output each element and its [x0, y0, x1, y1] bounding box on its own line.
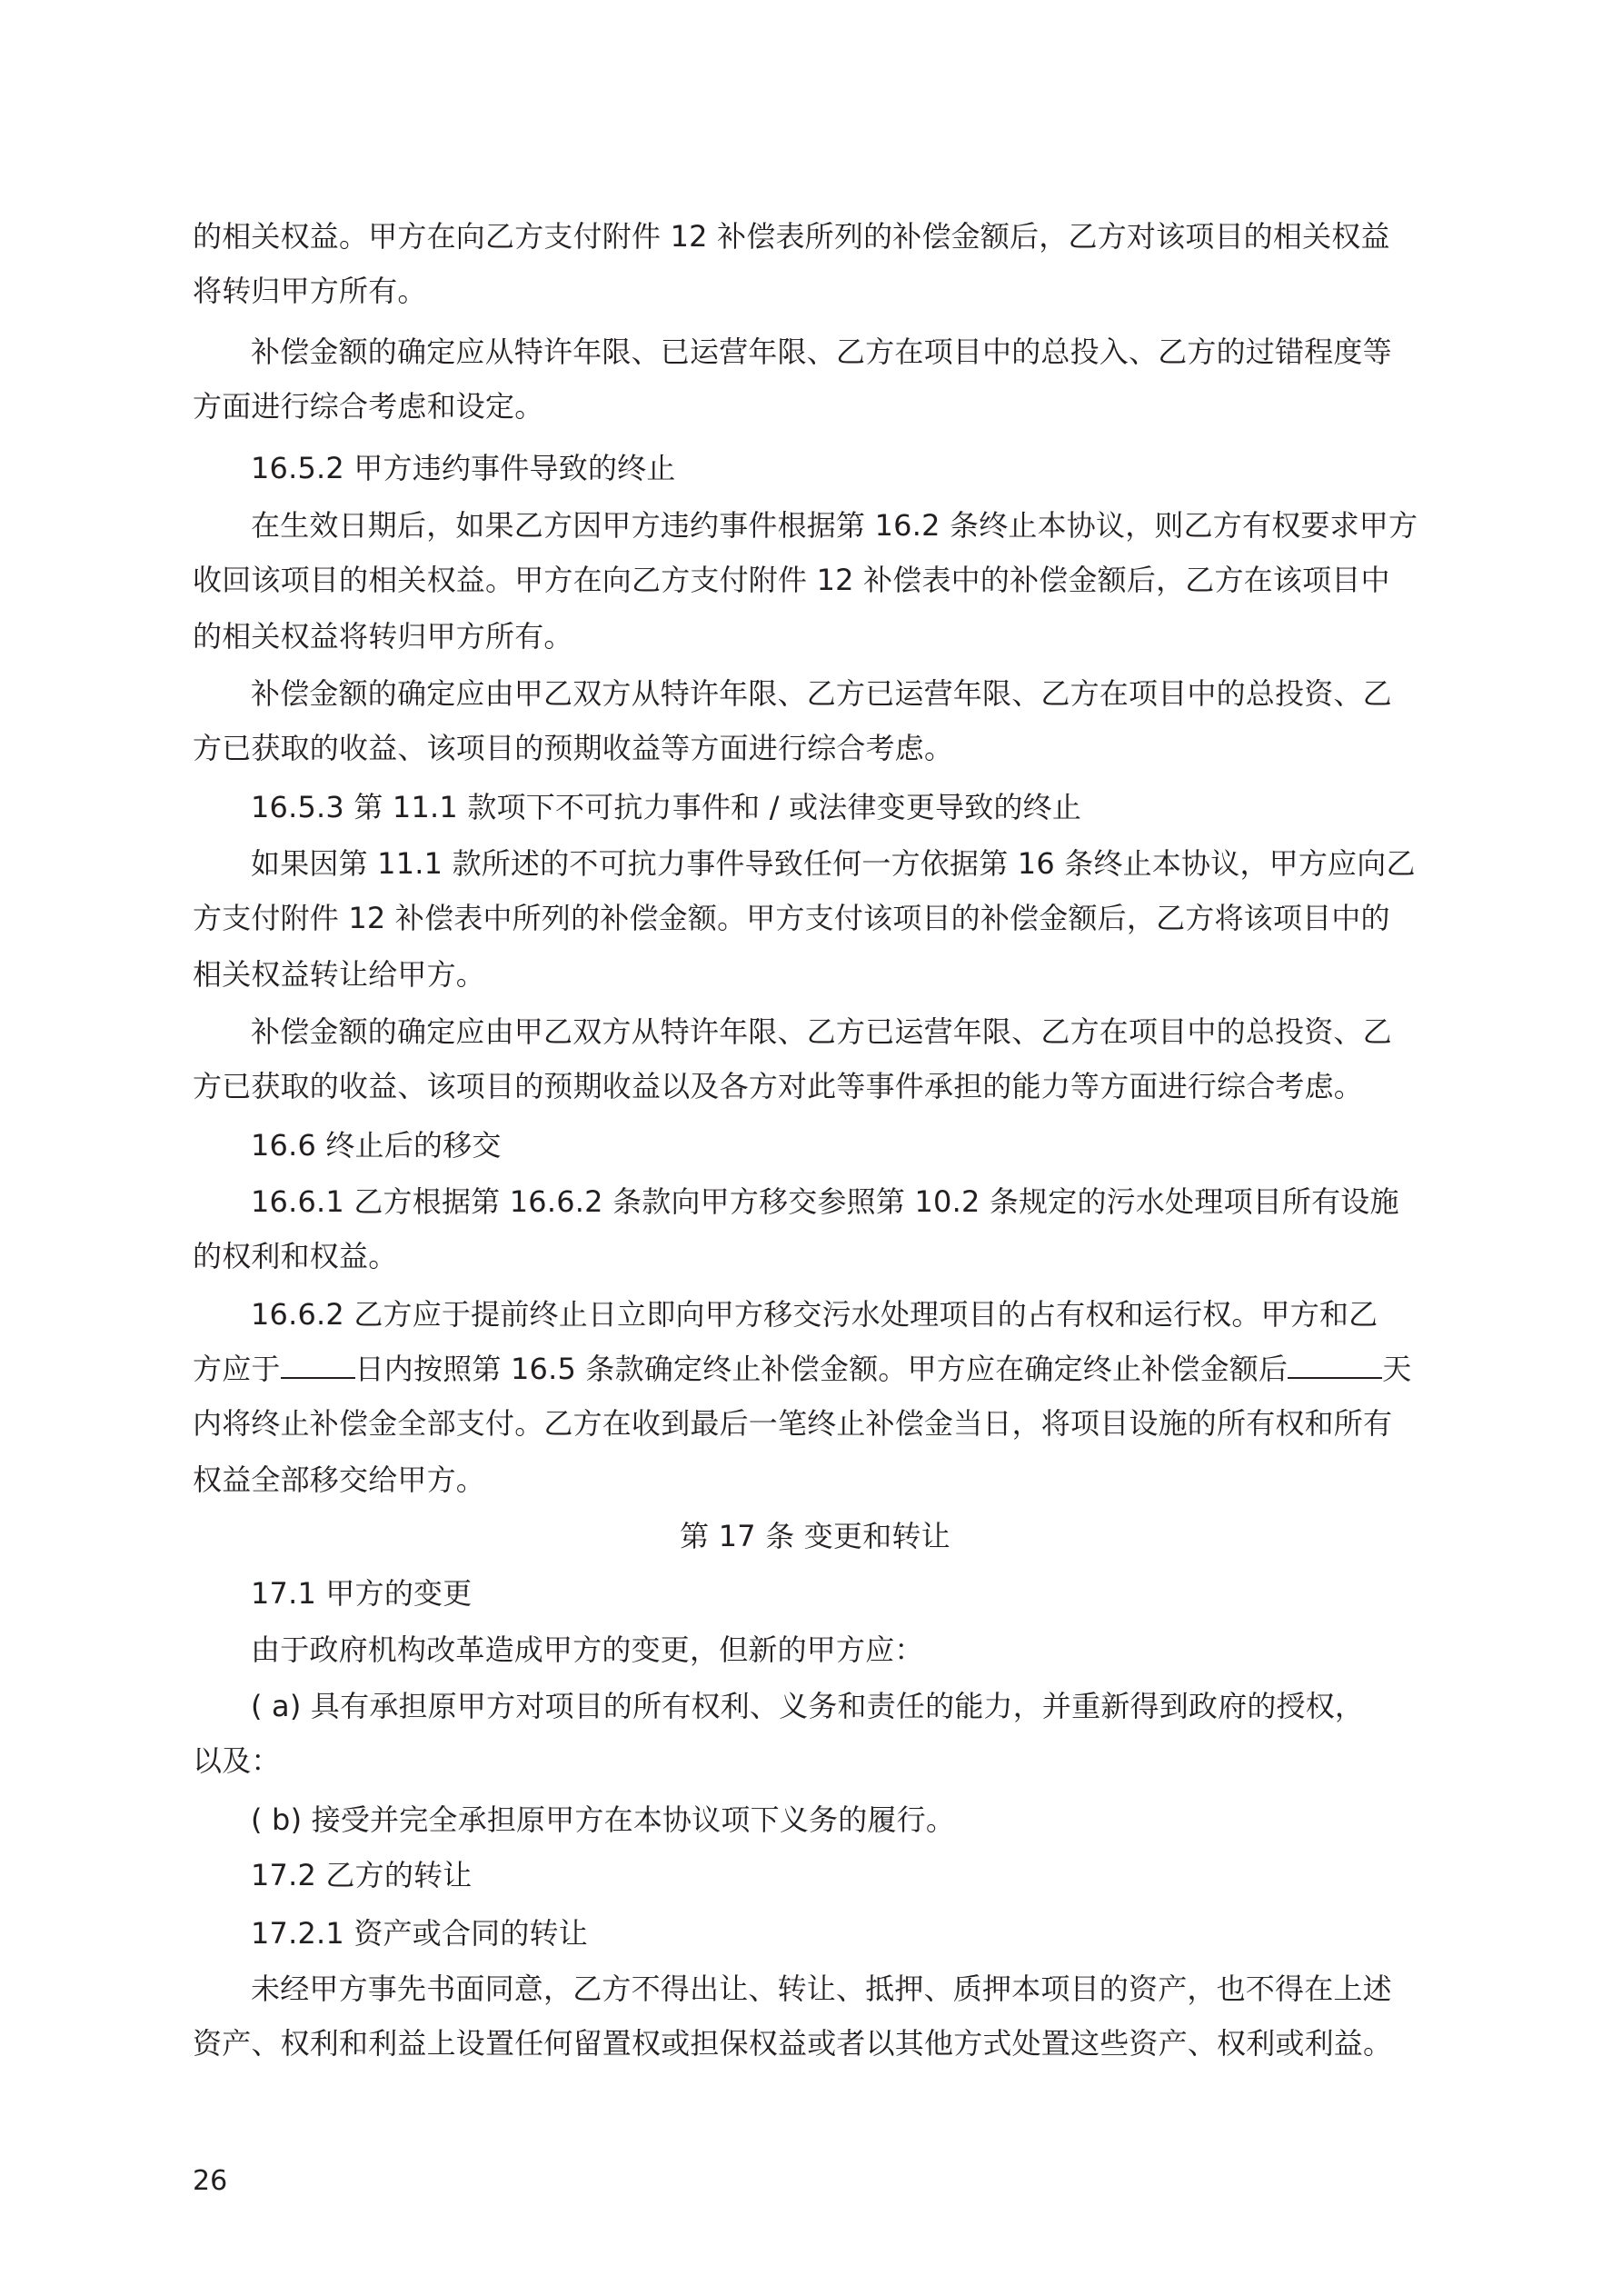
text-line: 以及：	[193, 1741, 281, 1781]
text-line: 收回该项目的相关权益。甲方在向乙方支付附件 12 补偿表中的补偿金额后，乙方在该…	[193, 560, 1390, 600]
text-line: 16.6.1 乙方根据第 16.6.2 条款向甲方移交参照第 10.2 条规定的…	[251, 1182, 1399, 1222]
page-number: 26	[193, 2163, 227, 2200]
text-line: 16.6 终止后的移交	[251, 1125, 502, 1165]
text-line: 补偿金额的确定应由甲乙双方从特许年限、乙方已运营年限、乙方在项目中的总投资、乙	[251, 674, 1392, 714]
text-segment: 天	[1382, 1352, 1411, 1386]
fill-in-blank-days	[281, 1350, 355, 1379]
text-line: 由于政府机构改革造成甲方的变更，但新的甲方应：	[251, 1630, 924, 1670]
text-line: 16.6.2 乙方应于提前终止日立即向甲方移交污水处理项目的占有权和运行权。甲方…	[251, 1294, 1378, 1334]
paragraph-line-with-blanks: 方应于日内按照第 16.5 条款确定终止补偿金额。甲方应在确定终止补偿金额后天	[193, 1349, 1411, 1389]
text-line: ( a) 具有承担原甲方对项目的所有权利、义务和责任的能力，并重新得到政府的授权…	[251, 1686, 1364, 1726]
text-line: 17.1 甲方的变更	[251, 1573, 472, 1613]
text-line: 的权利和权益。	[193, 1236, 397, 1276]
article-heading: 第 17 条 变更和转让	[193, 1516, 1438, 1556]
text-line: 内将终止补偿金全部支付。乙方在收到最后一笔终止补偿金当日，将项目设施的所有权和所…	[193, 1403, 1392, 1443]
text-line: ( b) 接受并完全承担原甲方在本协议项下义务的履行。	[251, 1800, 955, 1840]
text-line: 的相关权益。甲方在向乙方支付附件 12 补偿表所列的补偿金额后，乙方对该项目的相…	[193, 216, 1390, 256]
text-line: 未经甲方事先书面同意，乙方不得出让、转让、抵押、质押本项目的资产，也不得在上述	[251, 1969, 1392, 2009]
text-line: 将转归甲方所有。	[193, 271, 427, 311]
text-line: 16.5.2 甲方违约事件导致的终止	[251, 448, 676, 488]
text-line: 如果因第 11.1 款所述的不可抗力事件导致任何一方依据第 16 条终止本协议，…	[251, 844, 1416, 883]
fill-in-blank-payment-days	[1288, 1350, 1382, 1379]
text-line: 资产、权利和利益上设置任何留置权或担保权益或者以其他方式处置这些资产、权利或利益…	[193, 2023, 1392, 2063]
text-line: 方已获取的收益、该项目的预期收益以及各方对此等事件承担的能力等方面进行综合考虑。	[193, 1066, 1363, 1106]
text-line: 17.2 乙方的转让	[251, 1855, 472, 1895]
text-line: 17.2.1 资产或合同的转让	[251, 1913, 588, 1953]
text-line: 方面进行综合考虑和设定。	[193, 386, 543, 426]
text-line: 的相关权益将转归甲方所有。	[193, 616, 573, 656]
text-line: 方支付附件 12 补偿表中所列的补偿金额。甲方支付该项目的补偿金额后，乙方将该项…	[193, 898, 1390, 938]
text-line: 在生效日期后，如果乙方因甲方违约事件根据第 16.2 条终止本协议，则乙方有权要…	[251, 505, 1418, 545]
text-line: 权益全部移交给甲方。	[193, 1460, 485, 1500]
text-line: 相关权益转让给甲方。	[193, 954, 485, 994]
text-segment: 方应于	[193, 1352, 281, 1386]
text-line: 16.5.3 第 11.1 款项下不可抗力事件和 / 或法律变更导致的终止	[251, 787, 1081, 827]
text-segment: 日内按照第 16.5 条款确定终止补偿金额。甲方应在确定终止补偿金额后	[355, 1352, 1289, 1386]
text-line: 补偿金额的确定应由甲乙双方从特许年限、乙方已运营年限、乙方在项目中的总投资、乙	[251, 1012, 1392, 1052]
text-line: 方已获取的收益、该项目的预期收益等方面进行综合考虑。	[193, 728, 953, 768]
text-line: 补偿金额的确定应从特许年限、已运营年限、乙方在项目中的总投入、乙方的过错程度等	[251, 332, 1392, 372]
